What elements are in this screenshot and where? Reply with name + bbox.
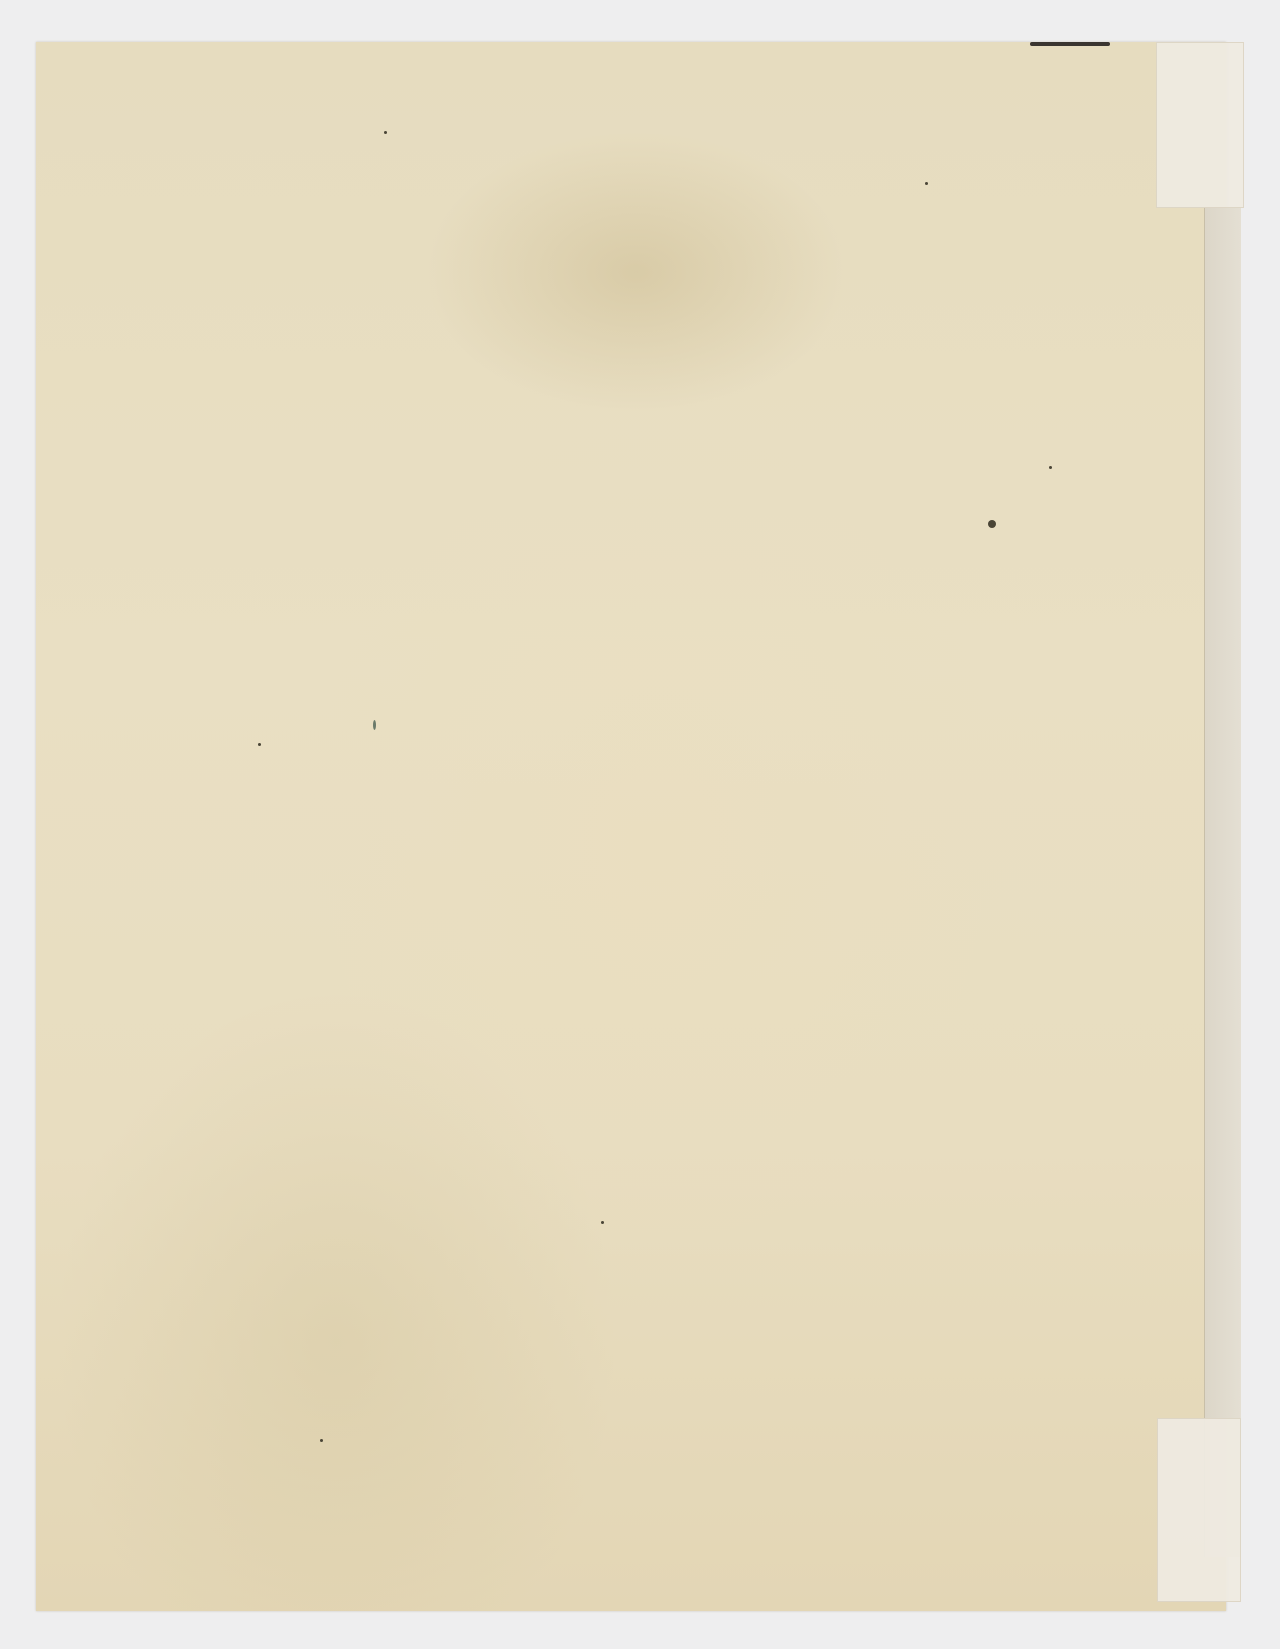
speck xyxy=(601,1221,604,1224)
paper-sheet xyxy=(36,42,1226,1611)
speck xyxy=(373,720,376,730)
speck xyxy=(1049,466,1052,469)
speck xyxy=(320,1439,323,1442)
speck xyxy=(384,131,387,134)
speck xyxy=(988,520,996,528)
tape-strip-bottom xyxy=(1157,1418,1241,1602)
ink-mark xyxy=(1030,42,1110,46)
tape-strip-top xyxy=(1156,42,1244,208)
speck xyxy=(925,182,928,185)
speck xyxy=(258,743,261,746)
backing-strip xyxy=(1204,207,1241,1557)
